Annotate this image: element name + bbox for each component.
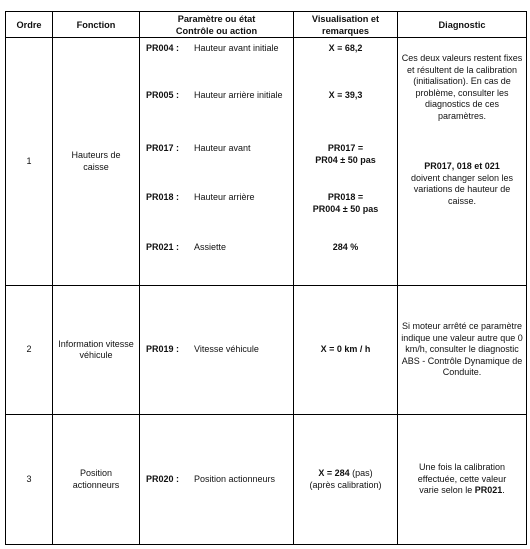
value-pr004: X ≡ 68,2 [294, 43, 397, 55]
fonction-cell: Position actionneurs [53, 415, 140, 545]
value-pr020: X = 284 (pas) (après calibration) [294, 468, 397, 491]
value-line: PR004 ± 50 pas [294, 204, 397, 216]
ordre-cell: 3 [6, 415, 53, 545]
param-code: PR019 : [146, 344, 194, 356]
vis-cell: X = 0 km / h [294, 286, 398, 415]
param-code: PR018 : [146, 192, 194, 204]
diagnostic-text: Une fois la calibration effectuée, cette… [398, 462, 526, 497]
table-row: 1 Hauteurs de caisse PR004 : Hauteur ava… [6, 38, 527, 286]
diagnostic-rest: doivent changer selon les variations de … [411, 173, 513, 206]
diagnostic-table: Ordre Fonction Paramètre ou état Contrôl… [5, 11, 527, 545]
vis-cell: X ≡ 68,2 X ≡ 39,3 PR017 = PR04 ± 50 pas … [294, 38, 398, 286]
param-pr004: PR004 : Hauteur avant initiale [140, 43, 293, 55]
param-label: Position actionneurs [194, 474, 293, 486]
value-line: PR04 ± 50 pas [294, 155, 397, 167]
fonction-cell: Information vitesse véhicule [53, 286, 140, 415]
header-visualisation: Visualisation et remarques [294, 12, 398, 38]
header-fonction: Fonction [53, 12, 140, 38]
param-code: PR020 : [146, 474, 194, 486]
vis-cell: X = 284 (pas) (après calibration) [294, 415, 398, 545]
fonction-text: Position actionneurs [53, 468, 139, 491]
param-pr005: PR005 : Hauteur arrière initiale [140, 90, 293, 102]
header-diagnostic: Diagnostic [398, 12, 527, 38]
value-pr018: PR018 = PR004 ± 50 pas [294, 192, 397, 215]
value-pr019: X = 0 km / h [294, 344, 397, 356]
param-label: Hauteur arrière [194, 192, 284, 204]
header-ordre: Ordre [6, 12, 53, 38]
value-bold: X = 284 [318, 468, 349, 478]
param-cell: PR004 : Hauteur avant initiale PR005 : H… [140, 38, 294, 286]
param-code: PR017 : [146, 143, 194, 155]
diagnostic-text-1: Ces deux valeurs restent fixes et résult… [398, 53, 526, 122]
ordre-cell: 2 [6, 286, 53, 415]
table-row: 3 Position actionneurs PR020 : Position … [6, 415, 527, 545]
fonction-cell: Hauteurs de caisse [53, 38, 140, 286]
value-pr021: 284 % [294, 242, 397, 254]
diagnostic-cell: Si moteur arrêté ce paramètre indique un… [398, 286, 527, 415]
param-pr021: PR021 : Assiette [140, 242, 293, 254]
header-parametre: Paramètre ou état Contrôle ou action [140, 12, 294, 38]
param-code: PR005 : [146, 90, 194, 102]
header-parametre-line2: Contrôle ou action [140, 25, 293, 37]
diagnostic-cell: Une fois la calibration effectuée, cette… [398, 415, 527, 545]
header-vis-line2: remarques [294, 25, 397, 37]
diagnostic-post: . [502, 485, 505, 495]
param-label: Hauteur arrière initiale [194, 90, 284, 102]
param-pr020: PR020 : Position actionneurs [140, 474, 293, 486]
param-code: PR004 : [146, 43, 194, 55]
param-label: Hauteur avant initiale [194, 43, 284, 55]
param-label: Vitesse véhicule [194, 344, 284, 356]
diagnostic-cell: Ces deux valeurs restent fixes et résult… [398, 38, 527, 286]
param-pr019: PR019 : Vitesse véhicule [140, 344, 293, 356]
fonction-text: Hauteurs de caisse [53, 150, 139, 173]
value-line: PR018 = [294, 192, 397, 204]
diagnostic-bold: PR021 [475, 485, 503, 495]
param-pr017: PR017 : Hauteur avant [140, 143, 293, 155]
diagnostic-text: Si moteur arrêté ce paramètre indique un… [398, 321, 526, 379]
param-label: Hauteur avant [194, 143, 284, 155]
header-row: Ordre Fonction Paramètre ou état Contrôl… [6, 12, 527, 38]
param-code: PR021 : [146, 242, 194, 254]
value-note: (après calibration) [309, 480, 381, 490]
ordre-cell: 1 [6, 38, 53, 286]
fonction-text: Information vitesse véhicule [53, 339, 139, 362]
header-parametre-line1: Paramètre ou état [140, 13, 293, 25]
param-cell: PR020 : Position actionneurs [140, 415, 294, 545]
value-pr017: PR017 = PR04 ± 50 pas [294, 143, 397, 166]
value-pr005: X ≡ 39,3 [294, 90, 397, 102]
value-line: PR017 = [294, 143, 397, 155]
param-pr018: PR018 : Hauteur arrière [140, 192, 293, 204]
param-label: Assiette [194, 242, 284, 254]
header-vis-line1: Visualisation et [294, 13, 397, 25]
value-unit: (pas) [350, 468, 373, 478]
param-cell: PR019 : Vitesse véhicule [140, 286, 294, 415]
diagnostic-text-2: PR017, 018 et 021 doivent changer selon … [398, 161, 526, 207]
table-row: 2 Information vitesse véhicule PR019 : V… [6, 286, 527, 415]
diagnostic-bold: PR017, 018 et 021 [424, 161, 500, 171]
